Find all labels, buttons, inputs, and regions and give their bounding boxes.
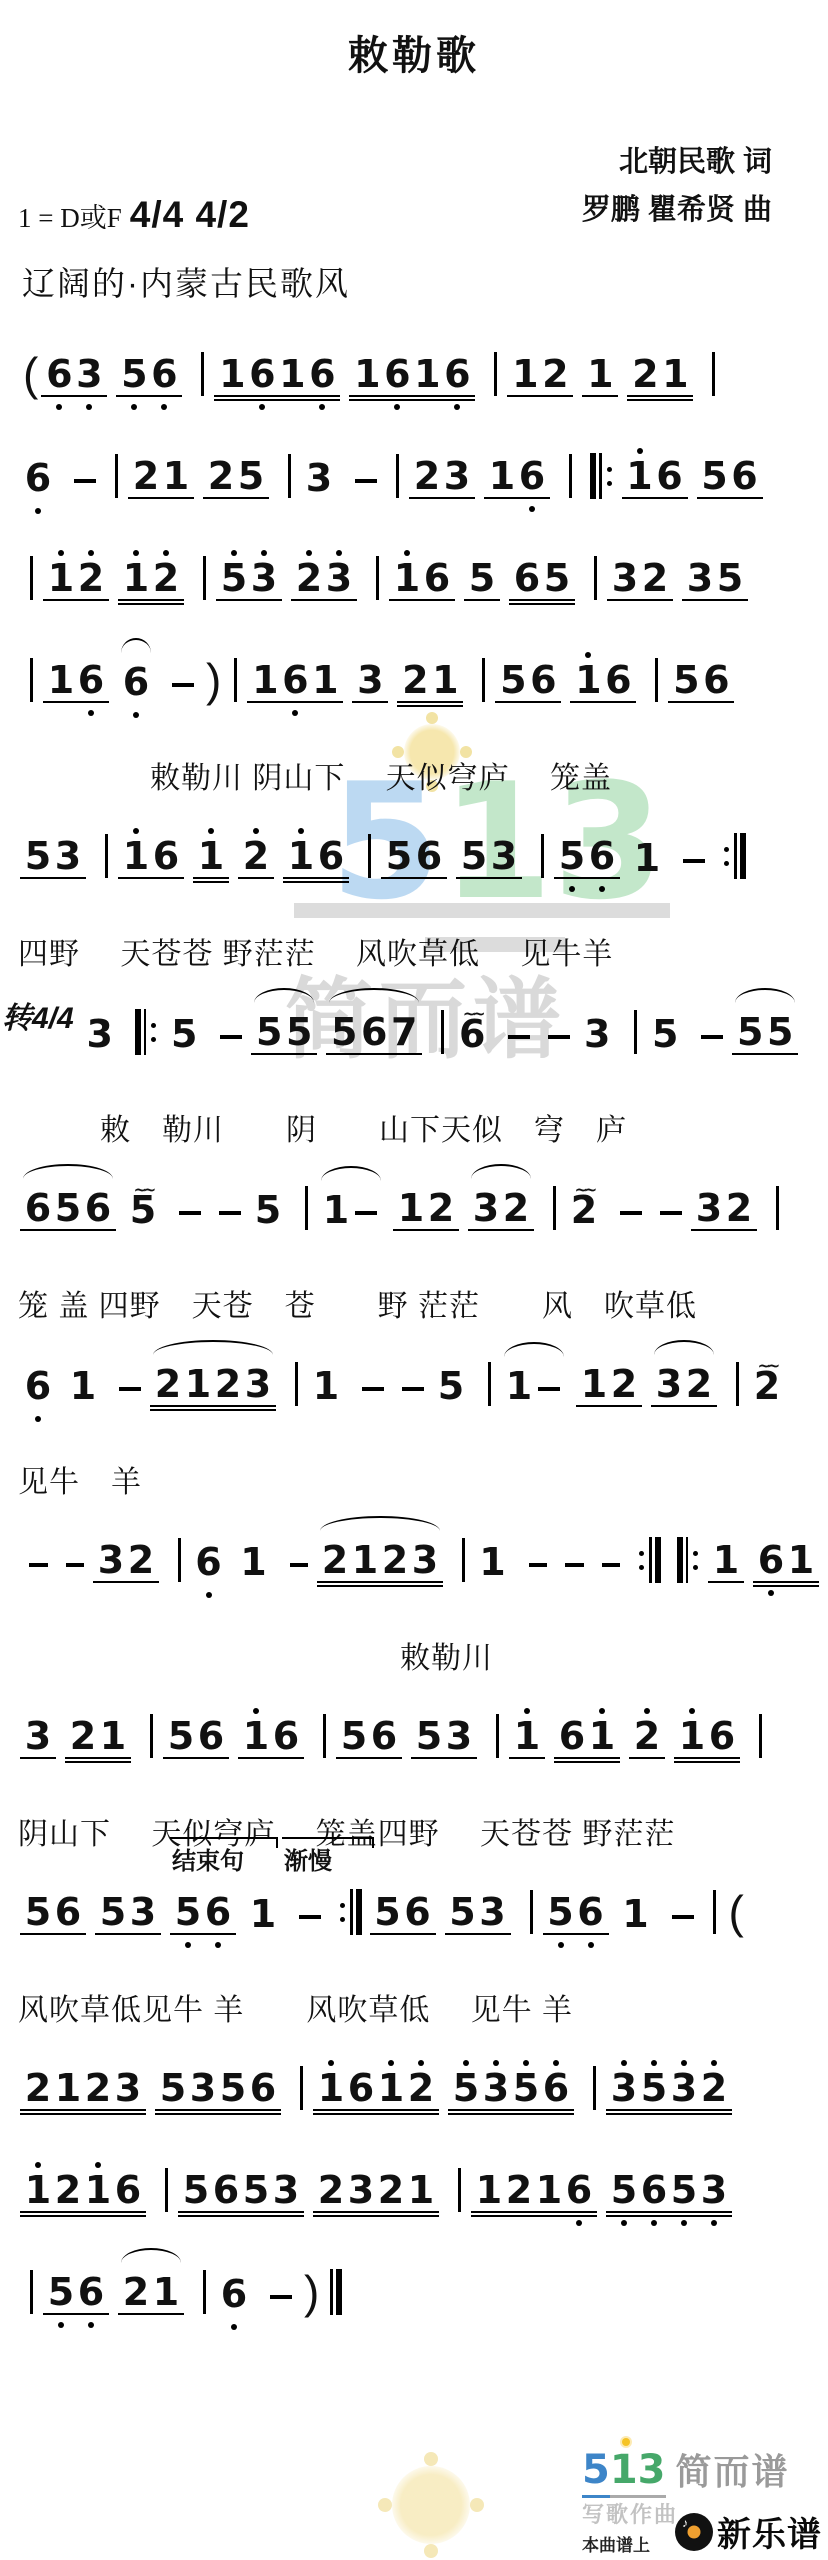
note-group: 23 (291, 547, 357, 601)
key-prefix: 1 = D或F (18, 196, 122, 235)
dash-note (29, 1563, 48, 1568)
dash-note (602, 1563, 621, 1568)
note: 1 (412, 353, 442, 395)
note: 1 (121, 557, 151, 599)
note: 2∼∼ (569, 1189, 599, 1231)
double-underline (214, 399, 340, 402)
barline (368, 834, 371, 878)
note: 6 (149, 353, 179, 395)
note: 6 (307, 353, 337, 395)
expression-label: 渐慢 (282, 1837, 374, 1876)
note: 6 (121, 661, 151, 703)
note-group: 21 (118, 2261, 184, 2315)
note-group: 6 (20, 447, 56, 499)
note: 2 (380, 1539, 410, 1581)
note: 2 (540, 353, 570, 395)
double-underline (627, 399, 693, 402)
note: 3 (355, 659, 385, 701)
note: 3 (489, 835, 519, 877)
note-group: 656 (20, 1177, 116, 1231)
music-line: 56216) (20, 2263, 828, 2315)
logo-text: 新乐谱 (717, 2507, 822, 2556)
note-group: 56 (170, 1881, 236, 1935)
note: 2 (76, 557, 106, 599)
repeat-dots (639, 1551, 644, 1570)
note: 1 (487, 455, 517, 497)
note: 6 (44, 353, 74, 395)
slur-arc (254, 988, 314, 1003)
note: 3 (410, 1539, 440, 1581)
note: 5 (557, 835, 587, 877)
barline (288, 454, 291, 498)
dash-note (362, 1387, 384, 1392)
note: 1 (311, 1365, 341, 1407)
octave-dot-above (404, 550, 410, 556)
dash-note (270, 2295, 292, 2300)
octave-dot-above (231, 550, 237, 556)
barline (203, 2270, 206, 2314)
dash-note (672, 1915, 694, 1920)
note: 2 (241, 835, 271, 877)
note: 1 (241, 1715, 271, 1757)
note: 2 (609, 1363, 639, 1405)
barline (759, 1714, 762, 1758)
note: 6 (517, 455, 547, 497)
octave-dot-below (319, 404, 325, 410)
note: 5 (498, 659, 528, 701)
dash-note (299, 1915, 321, 1920)
note-group: 55 (251, 1001, 317, 1055)
brand-logo: 513 简而谱 (582, 2450, 822, 2490)
note: 5 (373, 1891, 403, 1933)
note-group: 1216 (471, 2159, 597, 2213)
note-group: 5 (433, 1355, 469, 1407)
octave-dot-below (576, 2220, 582, 2226)
note: 3 (53, 835, 83, 877)
music-line: 326121231161 (20, 1531, 828, 1583)
note-group: 21 (128, 445, 194, 499)
note: 1 (621, 1893, 651, 1935)
note: 1 (23, 2169, 53, 2211)
note: 1 (587, 1715, 617, 1757)
octave-dot-below (621, 2220, 627, 2226)
double-underline (118, 603, 184, 606)
octave-dot-below (86, 404, 92, 410)
note-group: 23 (409, 445, 475, 499)
dash-note (508, 1035, 530, 1040)
octave-dot-above (493, 2060, 499, 2066)
note: 6 (528, 659, 558, 701)
slur-arc (321, 1166, 381, 1181)
parenthesis: ( (23, 351, 38, 397)
octave-dot-above (88, 550, 94, 556)
note-group: 53 (216, 547, 282, 601)
footer: 513 简而谱 写歌作曲 本曲谱上 ♪ 新乐谱 (582, 2450, 822, 2556)
barline (736, 1362, 739, 1406)
parenthesis: ) (304, 2269, 319, 2315)
note-group: 56 (163, 1705, 229, 1759)
music-line: 61212315112322∼∼ (20, 1355, 828, 1407)
note: 2 (400, 659, 430, 701)
note: 1 (239, 1541, 269, 1583)
note-group: 1616 (214, 343, 340, 397)
double-underline (178, 2215, 304, 2218)
note: 2 (206, 455, 236, 497)
note: 5 (459, 835, 489, 877)
note: 5 (284, 1011, 314, 1053)
barline (300, 2066, 303, 2110)
octave-dot-above (689, 1708, 695, 1714)
note: 2 (316, 2169, 346, 2211)
note-group: 12 (507, 343, 573, 397)
slur-arc (654, 1340, 714, 1355)
note: 6 (369, 1715, 399, 1757)
header: 敕勒歌 北朝民歌 词 罗鹏 瞿希贤 曲 1 = D或F 4/4 4/2 辽阔的·… (0, 0, 828, 345)
barline (201, 352, 204, 396)
octave-dot-above (524, 1708, 530, 1714)
note: 3 (442, 455, 472, 497)
note: 5 (451, 2067, 481, 2109)
note-group: 56 (370, 1881, 436, 1935)
barline (494, 352, 497, 396)
expression-label: 结束句 (170, 1837, 278, 1876)
repeat-end-barline (637, 1537, 661, 1583)
note: 3 (471, 1187, 501, 1229)
note-group: 2 (629, 1705, 665, 1759)
parenthesis: ( (729, 1889, 744, 1935)
barline (541, 834, 544, 878)
note: 1 (350, 1539, 380, 1581)
parenthesis: ) (206, 657, 221, 703)
note: 5 (765, 1011, 795, 1053)
note-group: 12 (43, 547, 109, 601)
note: 5 (669, 2169, 699, 2211)
note: 5 (671, 659, 701, 701)
octave-dot-above (163, 550, 169, 556)
double-underline (283, 881, 349, 884)
note-group: 63 (41, 343, 107, 397)
repeat-dots (151, 1023, 156, 1042)
note-group: 53 (456, 825, 522, 879)
note: 3 (685, 557, 715, 599)
note-group: 2123 (150, 1353, 276, 1407)
dash-note (66, 1563, 85, 1568)
note: 1 (478, 1541, 508, 1583)
barline (458, 2168, 461, 2212)
note: 1 (217, 353, 247, 395)
note: 1 (632, 837, 662, 879)
double-underline (397, 705, 463, 708)
octave-dot-below (259, 404, 265, 410)
note-group: 5356 (155, 2057, 281, 2111)
octave-dot-below (588, 1942, 594, 1948)
note: 1 (183, 1363, 213, 1405)
lyric-line: 笼 盖 四野 天苍 苍 野 茫茫 风 吹草低 (18, 1281, 828, 1315)
note: 5 (329, 1011, 359, 1053)
note-group: 3 (20, 1705, 56, 1759)
barline (30, 658, 33, 702)
octave-dot-below (35, 1416, 41, 1422)
double-underline (554, 1761, 620, 1764)
note: 3 (249, 557, 279, 599)
note: 3 (128, 1891, 158, 1933)
barline (165, 2168, 168, 2212)
note-group: 161 (247, 649, 343, 703)
note: 1 (376, 2067, 406, 2109)
barline (593, 2066, 596, 2110)
note: 5 (46, 2271, 76, 2313)
octave-dot-above (306, 550, 312, 556)
repeat-dots (693, 1551, 698, 1570)
octave-dot-below (215, 1942, 221, 1948)
note: 3 (96, 1539, 126, 1581)
note-group: 53 (20, 825, 86, 879)
note-group: 56 (20, 1881, 86, 1935)
note: 1 (585, 353, 615, 395)
sun-dot-icon (622, 2438, 630, 2446)
note: 1 (161, 455, 191, 497)
note-group: 5 (464, 547, 500, 601)
note: 1 (121, 835, 151, 877)
note-group: 1 (501, 1355, 567, 1407)
composer-credit: 罗鹏 瞿希贤 曲 (582, 186, 772, 234)
note-group: 5∼∼ (125, 1179, 161, 1231)
lyric-line: 四野 天苍苍 野茫茫 风吹草低 见牛羊 (18, 929, 828, 963)
note: 3 (23, 1715, 53, 1757)
note: 1 (396, 1187, 426, 1229)
repeat-dots (724, 847, 729, 866)
barline (150, 1714, 153, 1758)
lyric-line: 敕 勒川 阴 山下天似 穹 庐 (100, 1105, 828, 1139)
note: 3 (610, 557, 640, 599)
barline (713, 1890, 716, 1934)
note-group: 1 (65, 1355, 101, 1407)
dash-note (219, 1211, 241, 1216)
time-signature: 4/4 4/2 (130, 194, 250, 236)
dash-note (548, 1035, 570, 1040)
note-group: 1 (236, 1531, 272, 1583)
octave-dot-below (185, 1942, 191, 1948)
sun-watermark-icon (392, 2466, 470, 2544)
octave-dot-below (529, 506, 535, 512)
note: 6∼∼ (457, 1013, 487, 1055)
note: 2 (406, 2067, 436, 2109)
note: 6 (247, 353, 277, 395)
octave-dot-below (711, 2220, 717, 2226)
double-underline (20, 2113, 146, 2116)
note-group: 5653 (178, 2159, 304, 2213)
music-line: 6565∼∼5112322∼∼32 (20, 1179, 828, 1231)
barline (376, 556, 379, 600)
note: 1 (474, 2169, 504, 2211)
note: 3 (271, 2169, 301, 2211)
repeat-end-barline (338, 1889, 362, 1935)
note: 3 (85, 1013, 115, 1055)
note: 5 (253, 1189, 283, 1231)
note: 2 (724, 1187, 754, 1229)
barline (530, 1890, 533, 1934)
note: 1 (83, 2169, 113, 2211)
barline (203, 556, 206, 600)
octave-dot-below (651, 2220, 657, 2226)
slur-arc (735, 988, 795, 1003)
note: 1 (98, 1715, 128, 1757)
note: 1 (46, 557, 76, 599)
brand-number: 513 (582, 2450, 666, 2490)
note-group: 6 (216, 2263, 252, 2315)
note-group: 56 (495, 649, 561, 703)
note: 1 (316, 2067, 346, 2109)
note: 6 (211, 2169, 241, 2211)
note: 6 (603, 659, 633, 701)
octave-dot-below (88, 710, 94, 716)
music-line: 21235356161253563532 (20, 2059, 828, 2111)
double-underline (753, 1585, 819, 1588)
note: 6 (203, 1891, 233, 1933)
note: 5 (23, 835, 53, 877)
note-group: 16 (674, 1705, 740, 1759)
note: 6 (422, 557, 452, 599)
note: 3 (669, 2067, 699, 2109)
note: 5 (715, 557, 745, 599)
barline (496, 1714, 499, 1758)
note: 6 (701, 659, 731, 701)
slur-arc (121, 638, 151, 653)
note: 3 (324, 557, 354, 599)
note-group: 16 (238, 1705, 304, 1759)
note-group: 12 (576, 1353, 642, 1407)
note: 3 (188, 2067, 218, 2109)
note-group: 16 (283, 825, 349, 879)
slur-arc (153, 1340, 273, 1355)
note: 3 (609, 2067, 639, 2109)
music-note-icon: ♪ (682, 2516, 688, 2530)
octave-dot-below (35, 508, 41, 514)
octave-dot-below (133, 712, 139, 718)
note: 1 (573, 659, 603, 701)
note-group: 1 (629, 827, 665, 879)
barline (488, 1362, 491, 1406)
note: 3 (74, 353, 104, 395)
note: 6 (639, 2169, 669, 2211)
music-line: 12125323165653235 (20, 549, 828, 601)
octave-dot-above (253, 828, 259, 834)
note: 6 (557, 1715, 587, 1757)
octave-dot-below (394, 404, 400, 410)
dash-note (620, 1211, 642, 1216)
note: 6 (512, 557, 542, 599)
octave-dot-above (463, 2060, 469, 2066)
note: 5 (181, 2169, 211, 2211)
barline (234, 658, 237, 702)
note: 3 (346, 2169, 376, 2211)
note: 6 (382, 353, 412, 395)
note: 6 (403, 1891, 433, 1933)
mordent-icon: ∼∼ (134, 1169, 153, 1211)
note-group: 35 (682, 547, 748, 601)
note: 3 (694, 1187, 724, 1229)
note-group: 56 (381, 825, 447, 879)
slur-arc (23, 1164, 113, 1179)
octave-dot-above (328, 2060, 334, 2066)
note-group: 1 (193, 825, 229, 879)
barline (441, 1010, 444, 1054)
double-underline (509, 603, 575, 606)
note: 3 (243, 1363, 273, 1405)
note: 2 (501, 1187, 531, 1229)
note-group: 2∼∼ (566, 1179, 602, 1231)
slur-arc (329, 988, 419, 1003)
note-group: 32 (93, 1529, 159, 1583)
note: 2∼∼ (752, 1365, 782, 1407)
octave-dot-above (644, 1708, 650, 1714)
note: 5 (436, 1365, 466, 1407)
note-group: 3 (82, 1003, 118, 1055)
dash-note (683, 859, 705, 864)
note: 6 (346, 2067, 376, 2109)
repeat-dots (340, 1903, 345, 1922)
note: 5 (158, 2067, 188, 2109)
final-barline (330, 2269, 342, 2315)
double-underline (448, 2113, 574, 2116)
octave-dot-below (56, 404, 62, 410)
note: 2 (632, 1715, 662, 1757)
note-group: 3 (579, 1003, 615, 1055)
note-group: 12 (118, 547, 184, 601)
dash-note (355, 479, 377, 484)
octave-dot-above (35, 2162, 41, 2168)
double-underline (606, 2215, 732, 2218)
note: 2 (684, 1363, 714, 1405)
key-signature: 1 = D或F 4/4 4/2 (18, 194, 250, 236)
barline (323, 1714, 326, 1758)
note-group: 16 (118, 825, 184, 879)
barline (594, 556, 597, 600)
dash-note (402, 1387, 424, 1392)
note: 1 (406, 2169, 436, 2211)
note-group: 21 (627, 343, 693, 397)
note-group: 6 (20, 1355, 56, 1407)
music-line: 12165653232112165653 (20, 2161, 828, 2213)
note: 6 (564, 2169, 594, 2211)
note-group: 21 (65, 1705, 131, 1759)
octave-dot-below (681, 2220, 687, 2226)
note-group: 32 (651, 1353, 717, 1407)
note: 1 (310, 659, 340, 701)
octave-dot-above (523, 2060, 529, 2066)
octave-dot-below (161, 404, 167, 410)
note-group: 1216 (20, 2159, 146, 2213)
note: 5 (218, 2067, 248, 2109)
note-group: 12 (393, 1177, 459, 1231)
mordent-icon: ∼∼ (463, 993, 482, 1035)
octave-dot-below (58, 2322, 64, 2328)
barline (305, 1186, 308, 1230)
octave-dot-above (637, 448, 643, 454)
note: 5 (609, 2169, 639, 2211)
note: 1 (277, 353, 307, 395)
note: 1 (510, 353, 540, 395)
note: 5 (546, 1891, 576, 1933)
note-group: 53 (445, 1881, 511, 1935)
note: 1 (248, 1893, 278, 1935)
dash-note (290, 1563, 309, 1568)
double-underline (155, 2113, 281, 2116)
note-group: 1 (582, 343, 618, 397)
dash-note (660, 1211, 682, 1216)
note: 6 (113, 2169, 143, 2211)
note-group: 1 (318, 1179, 384, 1231)
